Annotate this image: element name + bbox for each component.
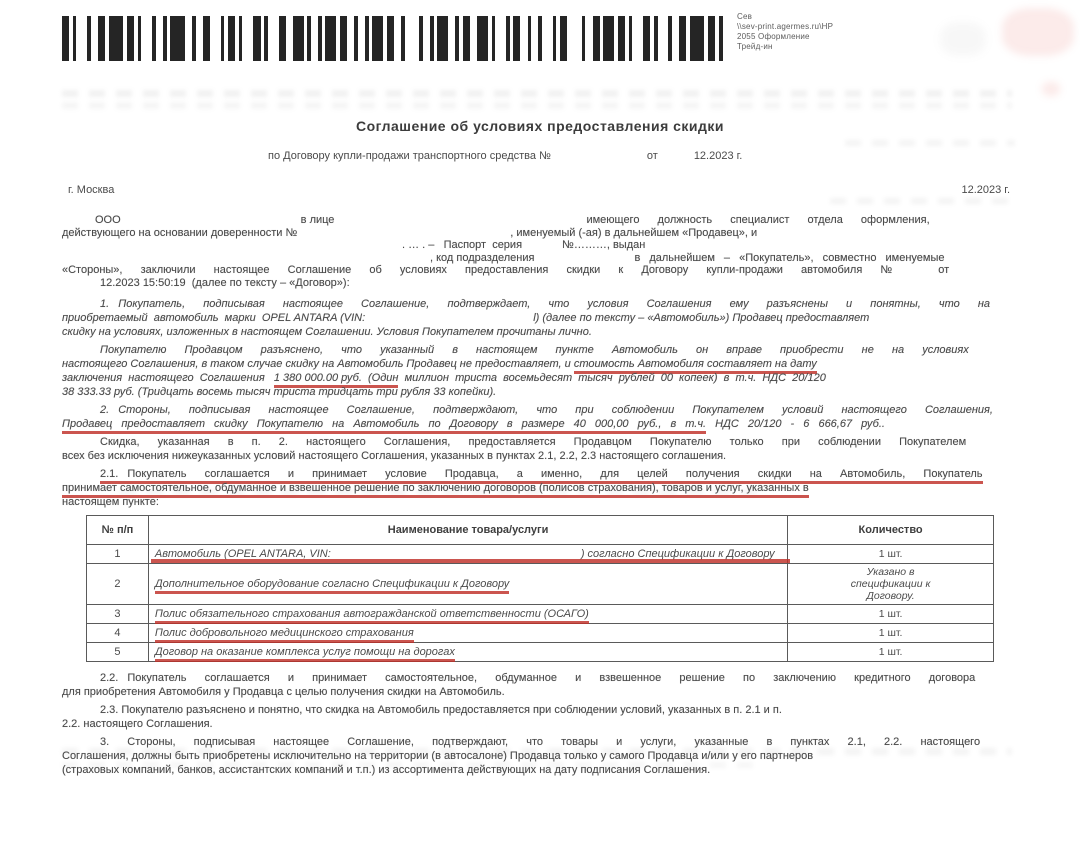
quantity-cell: 1 шт. bbox=[788, 642, 994, 661]
barcode-space bbox=[156, 16, 163, 61]
text-run: Скидка, указанная в п. 2. настоящего Сог… bbox=[100, 436, 966, 448]
text-run: 3. Стороны, подписывая настоящее Соглаше… bbox=[100, 736, 980, 748]
barcode-space bbox=[632, 16, 643, 61]
scan-artifact bbox=[1002, 8, 1074, 56]
quantity-cell: 1 шт. bbox=[788, 604, 994, 623]
row-number-cell: 5 bbox=[87, 642, 149, 661]
text-run: НДС 20/120 - 6 666,67 руб.. bbox=[706, 418, 885, 430]
item-name-cell: Автомобиль (OPEL ANTARA, VIN:) согласно … bbox=[148, 544, 787, 563]
barcode-space bbox=[76, 16, 87, 61]
barcode-bar bbox=[477, 16, 488, 61]
scan-artifact bbox=[940, 22, 986, 56]
text-run: действующего на основании доверенности № bbox=[62, 227, 297, 239]
text-run: 2. Стороны, подписывая настоящее Соглаше… bbox=[100, 404, 993, 416]
barcode-bar bbox=[203, 16, 210, 61]
clause-2-1: 2.1. Покупатель соглашается и принимает … bbox=[62, 467, 1020, 509]
barcode-space bbox=[268, 16, 279, 61]
clause-2-2: 2.2. Покупатель соглашается и принимает … bbox=[62, 671, 1020, 699]
text-run: заключения настоящего Соглашения bbox=[62, 372, 274, 384]
text-line: Соглашения, должны быть приобретены искл… bbox=[62, 749, 1020, 763]
text-line: для приобретения Автомобиля у Продавца с… bbox=[62, 685, 1020, 699]
text-line: настоящего Соглашения, в таком случае ск… bbox=[62, 357, 1020, 371]
barcode bbox=[62, 16, 730, 61]
text-line: всех без исключения нижеуказанных услови… bbox=[62, 449, 1020, 463]
barcode-bar bbox=[708, 16, 715, 61]
goods-services-table: № п/п Наименование товара/услуги Количес… bbox=[86, 515, 994, 662]
text-line: 2.2. настоящего Соглашения. bbox=[62, 717, 1020, 731]
red-underlined-text: принимает самостоятельное, обдуманное и … bbox=[62, 482, 809, 498]
scan-artifact bbox=[1042, 82, 1060, 96]
text-run: ООО bbox=[95, 214, 121, 226]
barcode-bar bbox=[690, 16, 704, 61]
parties-intro-paragraph: ОООв лицеимеющего должность специалист о… bbox=[62, 214, 1020, 290]
text-run: , именуемый (-ая) в дальнейшем «Продавец… bbox=[510, 227, 757, 239]
text-line: ОООв лицеимеющего должность специалист о… bbox=[62, 214, 1020, 227]
item-name-cell: Полис обязательного страхования автограж… bbox=[148, 604, 787, 623]
row-number-cell: 3 bbox=[87, 604, 149, 623]
table-header: № п/п Наименование товара/услуги Количес… bbox=[87, 515, 994, 544]
barcode-bar bbox=[98, 16, 105, 61]
text-line: 12.2023 15:50:19 (далее по тексту – «Дог… bbox=[62, 277, 1020, 290]
barcode-space bbox=[567, 16, 581, 61]
document-subtitle: по Договору купли-продажи транспортного … bbox=[268, 149, 742, 163]
text-run: всех без исключения нижеуказанных услови… bbox=[62, 450, 726, 462]
scan-artifact bbox=[830, 198, 1015, 204]
clause-1: 1. Покупатель, подписывая настоящее Согл… bbox=[62, 297, 1020, 339]
barcode-space bbox=[423, 16, 430, 61]
barcode-bar bbox=[279, 16, 286, 61]
barcode-bar bbox=[170, 16, 184, 61]
col-qty-header: Количество bbox=[788, 515, 994, 544]
barcode-space bbox=[658, 16, 669, 61]
document-title: Соглашение об условиях предоставления ск… bbox=[0, 118, 1080, 134]
barcode-bar bbox=[325, 16, 336, 61]
text-run: ) согласно Спецификации к Договору bbox=[581, 548, 775, 560]
text-run: от bbox=[938, 264, 949, 276]
text-run: приобретаемый автомобиль марки OPEL ANTA… bbox=[62, 312, 365, 324]
barcode-bar bbox=[109, 16, 123, 61]
text-line: по Договору купли-продажи транспортного … bbox=[268, 149, 742, 163]
barcode-bar bbox=[127, 16, 134, 61]
print-meta-line: Трейд-ин bbox=[737, 42, 833, 52]
barcode-bar bbox=[340, 16, 347, 61]
clause-3: 3. Стороны, подписывая настоящее Соглаше… bbox=[62, 735, 1020, 777]
barcode-bar bbox=[560, 16, 567, 61]
text-run: настоящем пункте: bbox=[62, 496, 159, 508]
table-row: 5Договор на оказание комплекса услуг пом… bbox=[87, 642, 994, 661]
barcode-space bbox=[672, 16, 679, 61]
text-run: миллион триста восемьдесят тысяч рублей … bbox=[398, 372, 825, 384]
print-meta-line: \\sev-print.agermes.ru\HP bbox=[737, 22, 833, 32]
barcode-bar bbox=[293, 16, 304, 61]
table-row: 4Полис добровольного медицинского страхо… bbox=[87, 623, 994, 642]
text-run: Автомобиль (OPEL ANTARA, VIN: bbox=[155, 548, 331, 560]
text-run: скидку на условиях, изложенных в настоящ… bbox=[62, 326, 592, 338]
text-run: в лице bbox=[301, 214, 335, 226]
text-run: 2.2. Покупатель соглашается и принимает … bbox=[100, 672, 975, 684]
text-run: 2.2. настоящего Соглашения. bbox=[62, 718, 213, 730]
red-underlined-text: Полис добровольного медицинского страхов… bbox=[155, 627, 414, 643]
text-run: настоящего Соглашения, в таком случае ск… bbox=[62, 358, 574, 370]
text-run: по Договору купли-продажи транспортного … bbox=[268, 150, 551, 162]
barcode-bar bbox=[62, 16, 69, 61]
clause-1-price-note: Покупателю Продавцом разъяснено, что ука… bbox=[62, 343, 1020, 399]
quantity-cell: 1 шт. bbox=[788, 623, 994, 642]
barcode-space bbox=[542, 16, 553, 61]
print-meta-line: Сев bbox=[737, 12, 833, 22]
barcode-space bbox=[358, 16, 365, 61]
text-run: l) (далее по тексту – «Автомобиль») Прод… bbox=[533, 312, 869, 324]
discount-conditions-note: Скидка, указанная в п. 2. настоящего Сог… bbox=[62, 435, 1020, 463]
text-run: (страховых компаний, банков, ассистантск… bbox=[62, 764, 710, 776]
barcode-space bbox=[141, 16, 152, 61]
clause-2-discount: 2. Стороны, подписывая настоящее Соглаше… bbox=[62, 403, 1020, 431]
item-name-cell: Договор на оказание комплекса услуг помо… bbox=[148, 642, 787, 661]
text-run: , код подразделения bbox=[430, 252, 534, 264]
barcode-bar bbox=[437, 16, 448, 61]
col-name-header: Наименование товара/услуги bbox=[148, 515, 787, 544]
text-run: «Стороны», заключили настоящее Соглашени… bbox=[62, 264, 892, 276]
text-run: 1. Покупатель, подписывая настоящее Согл… bbox=[100, 298, 990, 310]
text-line: 1. Покупатель, подписывая настоящее Согл… bbox=[62, 297, 1020, 311]
text-line: скидку на условиях, изложенных в настоящ… bbox=[62, 325, 1020, 339]
text-line: 2.3. Покупателю разъяснено и понятно, чт… bbox=[62, 703, 1020, 717]
text-line: , код подразделенияв дальнейшем – «Покуп… bbox=[62, 252, 1020, 265]
scanned-document-page: Сев\\sev-print.agermes.ru\HP2055 Оформле… bbox=[0, 0, 1080, 855]
barcode-bar bbox=[679, 16, 686, 61]
text-run: Соглашения, должны быть приобретены искл… bbox=[62, 750, 813, 762]
barcode-bar bbox=[228, 16, 235, 61]
barcode-space bbox=[185, 16, 192, 61]
text-run: 12.2023 г. bbox=[694, 150, 743, 162]
quantity-cell: 1 шт. bbox=[788, 544, 994, 563]
barcode-space bbox=[448, 16, 455, 61]
red-underlined-text: Договор на оказание комплекса услуг помо… bbox=[155, 646, 455, 662]
barcode-space bbox=[242, 16, 253, 61]
item-name-cell: Дополнительное оборудование согласно Спе… bbox=[148, 563, 787, 604]
text-run: №………, выдан bbox=[562, 239, 645, 251]
scan-artifact bbox=[62, 90, 1012, 97]
red-underlined-text: Продавец предоставляет скидку Покупателю… bbox=[62, 418, 706, 434]
barcode-space bbox=[210, 16, 221, 61]
text-line: 38 333.33 руб. (Тридцать восемь тысяч тр… bbox=[62, 385, 1020, 399]
barcode-space bbox=[91, 16, 98, 61]
city-date-line: г. Москва 12.2023 г. bbox=[68, 184, 1010, 196]
barcode-space bbox=[585, 16, 592, 61]
item-name-cell: Полис добровольного медицинского страхов… bbox=[148, 623, 787, 642]
barcode-space bbox=[495, 16, 506, 61]
city-label: г. Москва bbox=[68, 184, 114, 196]
text-run: . … . – Паспорт серия bbox=[402, 239, 522, 251]
text-line: Скидка, указанная в п. 2. настоящего Сог… bbox=[62, 435, 1020, 449]
barcode-space bbox=[531, 16, 538, 61]
barcode-space bbox=[347, 16, 354, 61]
text-line: 3. Стороны, подписывая настоящее Соглаше… bbox=[62, 735, 1020, 749]
barcode-space bbox=[470, 16, 477, 61]
text-line: 2. Стороны, подписывая настоящее Соглаше… bbox=[62, 403, 1020, 417]
barcode-space bbox=[405, 16, 419, 61]
text-line: действующего на основании доверенности №… bbox=[62, 227, 1020, 240]
col-number-header: № п/п bbox=[87, 515, 149, 544]
red-underlined-text: Дополнительное оборудование согласно Спе… bbox=[155, 578, 509, 594]
barcode-space bbox=[196, 16, 203, 61]
text-line: Покупателю Продавцом разъяснено, что ука… bbox=[62, 343, 1020, 357]
barcode-bar bbox=[643, 16, 650, 61]
scan-artifact bbox=[845, 140, 1015, 146]
text-line: заключения настоящего Соглашения 1 380 0… bbox=[62, 371, 1020, 385]
text-line: (страховых компаний, банков, ассистантск… bbox=[62, 763, 1020, 777]
barcode-bar bbox=[387, 16, 394, 61]
barcode-space bbox=[520, 16, 527, 61]
document-body: ОООв лицеимеющего должность специалист о… bbox=[62, 214, 1020, 781]
barcode-space bbox=[311, 16, 318, 61]
text-line: «Стороны», заключили настоящее Соглашени… bbox=[62, 264, 1020, 277]
text-run: от bbox=[647, 150, 658, 162]
text-run: в дальнейшем – «Покупатель», совместно и… bbox=[634, 252, 944, 264]
text-run: 12.2023 15:50:19 (далее по тексту – «Дог… bbox=[100, 277, 350, 289]
barcode-bar bbox=[463, 16, 470, 61]
barcode-bar bbox=[618, 16, 625, 61]
text-line: Продавец предоставляет скидку Покупателю… bbox=[62, 417, 1020, 431]
text-line: 2.2. Покупатель соглашается и принимает … bbox=[62, 671, 1020, 685]
row-number-cell: 2 bbox=[87, 563, 149, 604]
table-row: 1Автомобиль (OPEL ANTARA, VIN:) согласно… bbox=[87, 544, 994, 563]
barcode-bar bbox=[603, 16, 614, 61]
row-number-cell: 4 bbox=[87, 623, 149, 642]
red-underlined-text: Полис обязательного страхования автограж… bbox=[155, 608, 589, 624]
text-line: приобретаемый автомобиль марки OPEL ANTA… bbox=[62, 311, 1020, 325]
barcode-bar bbox=[372, 16, 383, 61]
text-run: для приобретения Автомобиля у Продавца с… bbox=[62, 686, 505, 698]
scan-artifact bbox=[62, 102, 1012, 109]
barcode-bar bbox=[253, 16, 260, 61]
quantity-cell: Указано в спецификации к Договору. bbox=[788, 563, 994, 604]
barcode-space bbox=[286, 16, 293, 61]
date-label: 12.2023 г. bbox=[961, 184, 1010, 196]
clause-2-3: 2.3. Покупателю разъяснено и понятно, чт… bbox=[62, 703, 1020, 731]
barcode-space bbox=[394, 16, 401, 61]
text-line: 2.1. Покупатель соглашается и принимает … bbox=[62, 467, 1020, 481]
row-number-cell: 1 bbox=[87, 544, 149, 563]
text-run: 38 333.33 руб. (Тридцать восемь тысяч тр… bbox=[62, 386, 496, 398]
print-meta-line: 2055 Оформление bbox=[737, 32, 833, 42]
barcode-bar bbox=[593, 16, 600, 61]
text-line: . … . – Паспорт серия№………, выдан bbox=[62, 239, 1020, 252]
barcode-bar bbox=[513, 16, 520, 61]
table-row: 2Дополнительное оборудование согласно Сп… bbox=[87, 563, 994, 604]
text-run: 2.3. Покупателю разъяснено и понятно, чт… bbox=[100, 704, 782, 716]
text-run: имеющего должность специалист отдела офо… bbox=[586, 214, 929, 226]
barcode-space bbox=[723, 16, 730, 61]
text-run: Покупателю Продавцом разъяснено, что ука… bbox=[100, 344, 969, 356]
print-meta: Сев\\sev-print.agermes.ru\HP2055 Оформле… bbox=[737, 12, 833, 52]
table-row: 3Полис обязательного страхования автогра… bbox=[87, 604, 994, 623]
